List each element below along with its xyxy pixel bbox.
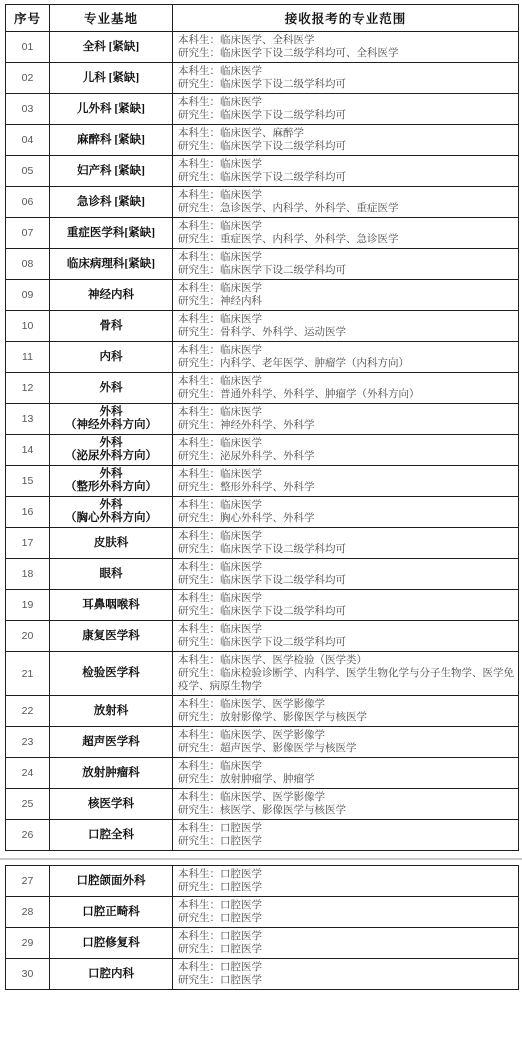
header-col-scope: 接收报考的专业范围: [173, 5, 519, 32]
scope-line: 本科生：口腔医学: [178, 868, 514, 881]
scope-line: 本科生：口腔医学: [178, 961, 514, 974]
scope-cell: 本科生：口腔医学研究生：口腔医学: [173, 959, 519, 990]
table-row: 11内科本科生：临床医学研究生：内科学、老年医学、肿瘤学（内科方向）: [6, 342, 519, 373]
specialty-base-line: 耳鼻咽喉科: [50, 599, 172, 612]
specialty-base-line: 超声医学科: [50, 736, 172, 749]
specialty-base-line: 检验医学科: [50, 667, 172, 680]
scope-cell: 本科生：临床医学、麻醉学研究生：临床医学下设二级学科均可: [173, 125, 519, 156]
row-number: 15: [6, 466, 50, 497]
scope-line: 本科生：临床医学、麻醉学: [178, 127, 514, 140]
specialty-base-line: 重症医学科[紧缺]: [50, 227, 172, 240]
specialty-base-cell: 口腔修复科: [50, 928, 173, 959]
scope-line: 本科生：临床医学: [178, 282, 514, 295]
scope-line: 研究生：普通外科学、外科学、肿瘤学（外科方向）: [178, 388, 514, 401]
specialty-base-line: 妇产科 [紧缺]: [50, 165, 172, 178]
specialty-base-line: 口腔正畸科: [50, 906, 172, 919]
scope-line: 本科生：临床医学: [178, 561, 514, 574]
specialty-base-line: 儿科 [紧缺]: [50, 72, 172, 85]
specialty-base-line: 放射科: [50, 705, 172, 718]
table-header: 序号 专业基地 接收报考的专业范围: [6, 5, 519, 32]
table-row: 09神经内科本科生：临床医学研究生：神经内科: [6, 280, 519, 311]
table-row: 27口腔颌面外科本科生：口腔医学研究生：口腔医学: [6, 866, 519, 897]
scope-cell: 本科生：临床医学研究生：临床医学下设二级学科均可: [173, 94, 519, 125]
table-row: 06急诊科 [紧缺]本科生：临床医学研究生：急诊医学、内科学、外科学、重症医学: [6, 187, 519, 218]
scope-cell: 本科生：临床医学研究生：临床医学下设二级学科均可: [173, 590, 519, 621]
scope-line: 本科生：临床医学、医学影像学: [178, 698, 514, 711]
table-row: 28口腔正畸科本科生：口腔医学研究生：口腔医学: [6, 897, 519, 928]
row-number: 19: [6, 590, 50, 621]
specialty-base-cell: 康复医学科: [50, 621, 173, 652]
specialty-table-main: 序号 专业基地 接收报考的专业范围 01全科 [紧缺]本科生：临床医学、全科医学…: [5, 4, 519, 851]
scope-cell: 本科生：临床医学研究生：临床医学下设二级学科均可: [173, 559, 519, 590]
specialty-base-cell: 放射科: [50, 696, 173, 727]
specialty-base-cell: 口腔正畸科: [50, 897, 173, 928]
specialty-base-line: （整形外科方向）: [50, 481, 172, 494]
specialty-base-line: 康复医学科: [50, 630, 172, 643]
specialty-base-line: 全科 [紧缺]: [50, 41, 172, 54]
scope-cell: 本科生：临床医学研究生：临床医学下设二级学科均可: [173, 528, 519, 559]
scope-line: 研究生：临床检验诊断学、内科学、医学生物化学与分子生物学、医学免疫学、病原生物学: [178, 667, 514, 693]
row-number: 14: [6, 435, 50, 466]
scope-line: 研究生：口腔医学: [178, 881, 514, 894]
row-number: 12: [6, 373, 50, 404]
row-number: 23: [6, 727, 50, 758]
scope-line: 研究生：骨科学、外科学、运动医学: [178, 326, 514, 339]
scope-cell: 本科生：临床医学、医学影像学研究生：核医学、影像医学与核医学: [173, 789, 519, 820]
row-number: 06: [6, 187, 50, 218]
row-number: 17: [6, 528, 50, 559]
table-row: 13外科（神经外科方向）本科生：临床医学研究生：神经外科学、外科学: [6, 404, 519, 435]
row-number: 16: [6, 497, 50, 528]
row-number: 26: [6, 820, 50, 851]
scope-line: 研究生：口腔医学: [178, 943, 514, 956]
row-number: 09: [6, 280, 50, 311]
specialty-base-cell: 麻醉科 [紧缺]: [50, 125, 173, 156]
scope-line: 研究生：临床医学下设二级学科均可: [178, 140, 514, 153]
row-number: 25: [6, 789, 50, 820]
scope-line: 研究生：临床医学下设二级学科均可: [178, 605, 514, 618]
specialty-base-cell: 口腔全科: [50, 820, 173, 851]
scope-line: 研究生：核医学、影像医学与核医学: [178, 804, 514, 817]
row-number: 05: [6, 156, 50, 187]
scope-line: 研究生：内科学、老年医学、肿瘤学（内科方向）: [178, 357, 514, 370]
scope-line: 研究生：临床医学下设二级学科均可: [178, 543, 514, 556]
specialty-base-cell: 口腔颌面外科: [50, 866, 173, 897]
row-number: 03: [6, 94, 50, 125]
specialty-base-cell: 临床病理科[紧缺]: [50, 249, 173, 280]
scope-line: 研究生：泌尿外科学、外科学: [178, 450, 514, 463]
specialty-base-line: （泌尿外科方向）: [50, 450, 172, 463]
specialty-base-line: 儿外科 [紧缺]: [50, 103, 172, 116]
row-number: 04: [6, 125, 50, 156]
specialty-base-cell: 儿科 [紧缺]: [50, 63, 173, 94]
scope-cell: 本科生：口腔医学研究生：口腔医学: [173, 928, 519, 959]
specialty-base-line: 放射肿瘤科: [50, 767, 172, 780]
scope-cell: 本科生：临床医学研究生：胸心外科学、外科学: [173, 497, 519, 528]
row-number: 20: [6, 621, 50, 652]
specialty-base-cell: 外科: [50, 373, 173, 404]
specialty-base-cell: 核医学科: [50, 789, 173, 820]
scope-line: 本科生：口腔医学: [178, 899, 514, 912]
specialty-base-cell: 检验医学科: [50, 652, 173, 696]
table-row: 17皮肤科本科生：临床医学研究生：临床医学下设二级学科均可: [6, 528, 519, 559]
scope-line: 研究生：临床医学下设二级学科均可: [178, 78, 514, 91]
header-row: 序号 专业基地 接收报考的专业范围: [6, 5, 519, 32]
scope-line: 研究生：临床医学下设二级学科均可: [178, 574, 514, 587]
specialty-base-line: 临床病理科[紧缺]: [50, 258, 172, 271]
scope-line: 本科生：临床医学、医学影像学: [178, 729, 514, 742]
scope-cell: 本科生：口腔医学研究生：口腔医学: [173, 866, 519, 897]
scope-line: 本科生：临床医学: [178, 406, 514, 419]
specialty-base-line: 口腔颌面外科: [50, 875, 172, 888]
scope-line: 研究生：临床医学下设二级学科均可: [178, 264, 514, 277]
scope-line: 研究生：临床医学下设二级学科均可: [178, 109, 514, 122]
row-number: 08: [6, 249, 50, 280]
scope-line: 本科生：临床医学: [178, 530, 514, 543]
scope-line: 本科生：临床医学: [178, 220, 514, 233]
specialty-base-line: 外科: [50, 382, 172, 395]
scope-line: 研究生：神经外科学、外科学: [178, 419, 514, 432]
specialty-base-line: 口腔修复科: [50, 937, 172, 950]
specialty-base-cell: 外科（神经外科方向）: [50, 404, 173, 435]
table-row: 23超声医学科本科生：临床医学、医学影像学研究生：超声医学、影像医学与核医学: [6, 727, 519, 758]
scope-cell: 本科生：临床医学研究生：急诊医学、内科学、外科学、重症医学: [173, 187, 519, 218]
scope-cell: 本科生：临床医学研究生：普通外科学、外科学、肿瘤学（外科方向）: [173, 373, 519, 404]
scope-cell: 本科生：临床医学研究生：放射肿瘤学、肿瘤学: [173, 758, 519, 789]
scope-line: 本科生：临床医学、医学检验（医学类）: [178, 654, 514, 667]
table-row: 16外科（胸心外科方向）本科生：临床医学研究生：胸心外科学、外科学: [6, 497, 519, 528]
specialty-base-cell: 眼科: [50, 559, 173, 590]
scope-cell: 本科生：临床医学研究生：泌尿外科学、外科学: [173, 435, 519, 466]
specialty-table-stomatology: 27口腔颌面外科本科生：口腔医学研究生：口腔医学28口腔正畸科本科生：口腔医学研…: [5, 865, 519, 990]
scope-line: 研究生：超声医学、影像医学与核医学: [178, 742, 514, 755]
specialty-base-cell: 外科（泌尿外科方向）: [50, 435, 173, 466]
scope-line: 研究生：胸心外科学、外科学: [178, 512, 514, 525]
scope-line: 本科生：临床医学、全科医学: [178, 34, 514, 47]
row-number: 10: [6, 311, 50, 342]
table-row: 21检验医学科本科生：临床医学、医学检验（医学类）研究生：临床检验诊断学、内科学…: [6, 652, 519, 696]
specialty-base-cell: 急诊科 [紧缺]: [50, 187, 173, 218]
specialty-base-cell: 超声医学科: [50, 727, 173, 758]
row-number: 28: [6, 897, 50, 928]
scope-line: 本科生：临床医学: [178, 623, 514, 636]
specialty-base-line: 口腔内科: [50, 968, 172, 981]
scope-line: 本科生：临床医学: [178, 344, 514, 357]
table-row: 29口腔修复科本科生：口腔医学研究生：口腔医学: [6, 928, 519, 959]
table-row: 18眼科本科生：临床医学研究生：临床医学下设二级学科均可: [6, 559, 519, 590]
scope-line: 研究生：放射影像学、影像医学与核医学: [178, 711, 514, 724]
scope-cell: 本科生：临床医学研究生：骨科学、外科学、运动医学: [173, 311, 519, 342]
scope-line: 本科生：临床医学: [178, 65, 514, 78]
row-number: 13: [6, 404, 50, 435]
specialty-base-cell: 儿外科 [紧缺]: [50, 94, 173, 125]
row-number: 29: [6, 928, 50, 959]
table-row: 10骨科本科生：临床医学研究生：骨科学、外科学、运动医学: [6, 311, 519, 342]
specialty-base-line: 外科: [50, 406, 172, 419]
scope-line: 本科生：临床医学: [178, 499, 514, 512]
specialty-base-cell: 耳鼻咽喉科: [50, 590, 173, 621]
specialty-base-cell: 骨科: [50, 311, 173, 342]
scope-line: 本科生：临床医学: [178, 375, 514, 388]
main-table-body: 01全科 [紧缺]本科生：临床医学、全科医学研究生：临床医学下设二级学科均可、全…: [6, 32, 519, 851]
scope-line: 本科生：临床医学: [178, 592, 514, 605]
specialty-base-cell: 全科 [紧缺]: [50, 32, 173, 63]
table-row: 20康复医学科本科生：临床医学研究生：临床医学下设二级学科均可: [6, 621, 519, 652]
specialty-base-line: 外科: [50, 499, 172, 512]
row-number: 30: [6, 959, 50, 990]
row-number: 21: [6, 652, 50, 696]
table-row: 03儿外科 [紧缺]本科生：临床医学研究生：临床医学下设二级学科均可: [6, 94, 519, 125]
row-number: 11: [6, 342, 50, 373]
specialty-base-cell: 口腔内科: [50, 959, 173, 990]
table-row: 02儿科 [紧缺]本科生：临床医学研究生：临床医学下设二级学科均可: [6, 63, 519, 94]
scope-cell: 本科生：临床医学、医学影像学研究生：超声医学、影像医学与核医学: [173, 727, 519, 758]
scope-line: 本科生：临床医学: [178, 760, 514, 773]
scope-line: 本科生：临床医学: [178, 437, 514, 450]
table-row: 15外科（整形外科方向）本科生：临床医学研究生：整形外科学、外科学: [6, 466, 519, 497]
specialty-base-line: 内科: [50, 351, 172, 364]
row-number: 01: [6, 32, 50, 63]
specialty-base-line: 外科: [50, 437, 172, 450]
row-number: 22: [6, 696, 50, 727]
scope-cell: 本科生：临床医学研究生：临床医学下设二级学科均可: [173, 156, 519, 187]
specialty-base-line: 皮肤科: [50, 537, 172, 550]
specialty-base-cell: 外科（胸心外科方向）: [50, 497, 173, 528]
scope-cell: 本科生：临床医学研究生：临床医学下设二级学科均可: [173, 249, 519, 280]
scope-cell: 本科生：临床医学、全科医学研究生：临床医学下设二级学科均可、全科医学: [173, 32, 519, 63]
table-row: 24放射肿瘤科本科生：临床医学研究生：放射肿瘤学、肿瘤学: [6, 758, 519, 789]
scope-cell: 本科生：临床医学、医学检验（医学类）研究生：临床检验诊断学、内科学、医学生物化学…: [173, 652, 519, 696]
specialty-base-line: 骨科: [50, 320, 172, 333]
scope-line: 研究生：神经内科: [178, 295, 514, 308]
specialty-base-line: 外科: [50, 468, 172, 481]
table-row: 26口腔全科本科生：口腔医学研究生：口腔医学: [6, 820, 519, 851]
scope-cell: 本科生：临床医学研究生：神经外科学、外科学: [173, 404, 519, 435]
table-row: 25核医学科本科生：临床医学、医学影像学研究生：核医学、影像医学与核医学: [6, 789, 519, 820]
specialty-base-cell: 重症医学科[紧缺]: [50, 218, 173, 249]
scope-cell: 本科生：临床医学研究生：重症医学、内科学、外科学、急诊医学: [173, 218, 519, 249]
row-number: 07: [6, 218, 50, 249]
scope-cell: 本科生：口腔医学研究生：口腔医学: [173, 897, 519, 928]
specialty-base-line: 麻醉科 [紧缺]: [50, 134, 172, 147]
document-page: 序号 专业基地 接收报考的专业范围 01全科 [紧缺]本科生：临床医学、全科医学…: [0, 0, 522, 1037]
scope-line: 研究生：口腔医学: [178, 974, 514, 987]
row-number: 18: [6, 559, 50, 590]
scope-cell: 本科生：口腔医学研究生：口腔医学: [173, 820, 519, 851]
scope-line: 本科生：口腔医学: [178, 822, 514, 835]
table-row: 22放射科本科生：临床医学、医学影像学研究生：放射影像学、影像医学与核医学: [6, 696, 519, 727]
header-col-base: 专业基地: [50, 5, 173, 32]
row-number: 02: [6, 63, 50, 94]
table-row: 08临床病理科[紧缺]本科生：临床医学研究生：临床医学下设二级学科均可: [6, 249, 519, 280]
scope-line: 本科生：临床医学: [178, 189, 514, 202]
table-row: 05妇产科 [紧缺]本科生：临床医学研究生：临床医学下设二级学科均可: [6, 156, 519, 187]
specialty-base-line: （神经外科方向）: [50, 419, 172, 432]
scope-line: 研究生：急诊医学、内科学、外科学、重症医学: [178, 202, 514, 215]
scope-line: 研究生：临床医学下设二级学科均可: [178, 636, 514, 649]
table-row: 30口腔内科本科生：口腔医学研究生：口腔医学: [6, 959, 519, 990]
scope-line: 研究生：口腔医学: [178, 835, 514, 848]
scope-line: 本科生：临床医学: [178, 158, 514, 171]
row-number: 24: [6, 758, 50, 789]
scope-cell: 本科生：临床医学研究生：内科学、老年医学、肿瘤学（内科方向）: [173, 342, 519, 373]
scope-line: 研究生：口腔医学: [178, 912, 514, 925]
specialty-base-cell: 内科: [50, 342, 173, 373]
table-row: 04麻醉科 [紧缺]本科生：临床医学、麻醉学研究生：临床医学下设二级学科均可: [6, 125, 519, 156]
specialty-base-line: 眼科: [50, 568, 172, 581]
scope-cell: 本科生：临床医学研究生：整形外科学、外科学: [173, 466, 519, 497]
specialty-base-line: 口腔全科: [50, 829, 172, 842]
section-divider: [0, 858, 522, 860]
specialty-base-line: 神经内科: [50, 289, 172, 302]
scope-line: 研究生：重症医学、内科学、外科学、急诊医学: [178, 233, 514, 246]
scope-line: 本科生：临床医学: [178, 313, 514, 326]
scope-line: 本科生：临床医学: [178, 251, 514, 264]
scope-line: 本科生：临床医学、医学影像学: [178, 791, 514, 804]
scope-line: 研究生：临床医学下设二级学科均可: [178, 171, 514, 184]
scope-line: 本科生：临床医学: [178, 468, 514, 481]
specialty-base-line: 核医学科: [50, 798, 172, 811]
scope-cell: 本科生：临床医学研究生：神经内科: [173, 280, 519, 311]
specialty-base-line: （胸心外科方向）: [50, 512, 172, 525]
specialty-base-cell: 外科（整形外科方向）: [50, 466, 173, 497]
table-row: 12外科本科生：临床医学研究生：普通外科学、外科学、肿瘤学（外科方向）: [6, 373, 519, 404]
table-row: 07重症医学科[紧缺]本科生：临床医学研究生：重症医学、内科学、外科学、急诊医学: [6, 218, 519, 249]
row-number: 27: [6, 866, 50, 897]
specialty-base-line: 急诊科 [紧缺]: [50, 196, 172, 209]
scope-cell: 本科生：临床医学研究生：临床医学下设二级学科均可: [173, 621, 519, 652]
scope-cell: 本科生：临床医学研究生：临床医学下设二级学科均可: [173, 63, 519, 94]
scope-cell: 本科生：临床医学、医学影像学研究生：放射影像学、影像医学与核医学: [173, 696, 519, 727]
scope-line: 研究生：整形外科学、外科学: [178, 481, 514, 494]
scope-line: 研究生：放射肿瘤学、肿瘤学: [178, 773, 514, 786]
table-row: 01全科 [紧缺]本科生：临床医学、全科医学研究生：临床医学下设二级学科均可、全…: [6, 32, 519, 63]
specialty-base-cell: 神经内科: [50, 280, 173, 311]
stomatology-table-body: 27口腔颌面外科本科生：口腔医学研究生：口腔医学28口腔正畸科本科生：口腔医学研…: [6, 866, 519, 990]
table-row: 19耳鼻咽喉科本科生：临床医学研究生：临床医学下设二级学科均可: [6, 590, 519, 621]
header-col-no: 序号: [6, 5, 50, 32]
scope-line: 本科生：临床医学: [178, 96, 514, 109]
specialty-base-cell: 妇产科 [紧缺]: [50, 156, 173, 187]
specialty-base-cell: 放射肿瘤科: [50, 758, 173, 789]
specialty-base-cell: 皮肤科: [50, 528, 173, 559]
scope-line: 研究生：临床医学下设二级学科均可、全科医学: [178, 47, 514, 60]
scope-line: 本科生：口腔医学: [178, 930, 514, 943]
table-row: 14外科（泌尿外科方向）本科生：临床医学研究生：泌尿外科学、外科学: [6, 435, 519, 466]
